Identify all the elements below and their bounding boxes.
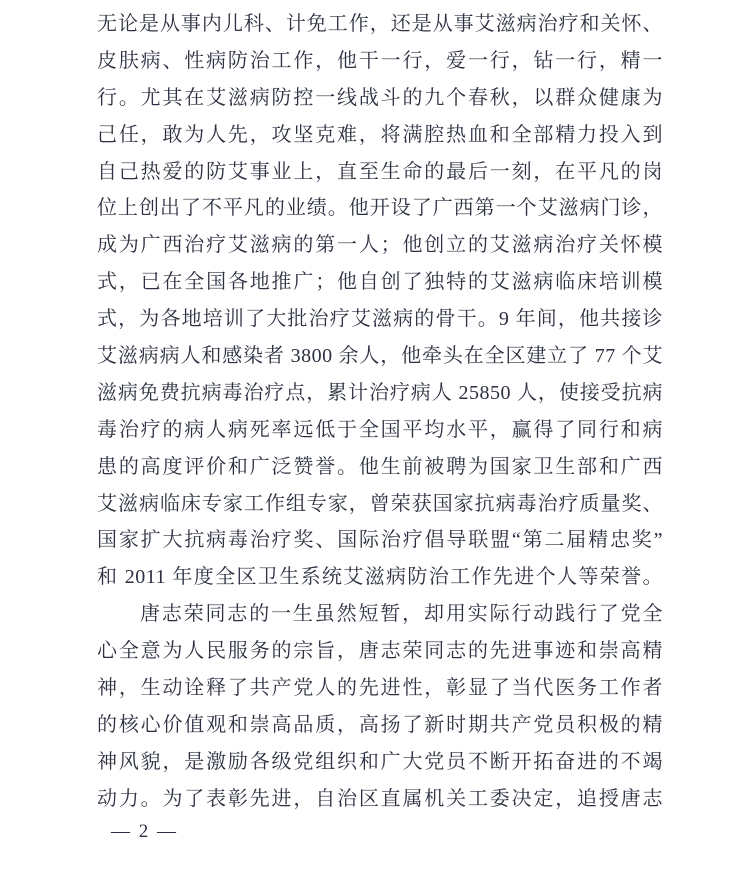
text-line: 艾滋病临床专家工作组专家，曾荣获国家抗病毒治疗质量奖、 [97, 486, 663, 523]
text-line: 自己热爱的防艾事业上，直至生命的最后一刻，在平凡的岗 [97, 154, 663, 191]
page-number: — 2 — [111, 818, 178, 846]
text-line: 和 2011 年度全区卫生系统艾滋病防治工作先进个人等荣誉。 [97, 559, 663, 596]
text-line: 神，生动诠释了共产党人的先进性，彰显了当代医务工作者 [97, 670, 663, 707]
text-line: 动力。为了表彰先进，自治区直属机关工委决定，追授唐志 [97, 781, 663, 818]
text-line: 己任，敢为人先，攻坚克难，将满腔热血和全部精力投入到 [97, 117, 663, 154]
text-line: 式，已在全国各地推广；他自创了独特的艾滋病临床培训模 [97, 264, 663, 301]
text-line: 行。尤其在艾滋病防控一线战斗的九个春秋，以群众健康为 [97, 80, 663, 117]
text-line: 国家扩大抗病毒治疗奖、国际治疗倡导联盟“第二届精忠奖” [97, 522, 663, 559]
text-line: 艾滋病病人和感染者 3800 余人，他牵头在全区建立了 77 个艾 [97, 338, 663, 375]
text-line: 成为广西治疗艾滋病的第一人；他创立的艾滋病治疗关怀模 [97, 227, 663, 264]
text-line: 位上创出了不平凡的业绩。他开设了广西第一个艾滋病门诊， [97, 190, 663, 227]
text-line: 毒治疗的病人病死率远低于全国平均水平，赢得了同行和病 [97, 412, 663, 449]
text-line: 神风貌，是激励各级党组织和广大党员不断开拓奋进的不竭 [97, 744, 663, 781]
text-line: 心全意为人民服务的宗旨，唐志荣同志的先进事迹和崇高精 [97, 633, 663, 670]
text-line: 无论是从事内儿科、计免工作，还是从事艾滋病治疗和关怀、 [97, 6, 663, 43]
text-line: 皮肤病、性病防治工作，他干一行，爱一行，钻一行，精一 [97, 43, 663, 80]
paragraph-start-line: 唐志荣同志的一生虽然短暂，却用实际行动践行了党全 [97, 596, 663, 633]
document-page: 无论是从事内儿科、计免工作，还是从事艾滋病治疗和关怀、 皮肤病、性病防治工作，他… [0, 0, 750, 873]
text-line: 患的高度评价和广泛赞誉。他生前被聘为国家卫生部和广西 [97, 449, 663, 486]
text-line: 的核心价值观和崇高品质，高扬了新时期共产党员积极的精 [97, 707, 663, 744]
text-line: 滋病免费抗病毒治疗点，累计治疗病人 25850 人，使接受抗病 [97, 375, 663, 412]
text-line: 式，为各地培训了大批治疗艾滋病的骨干。9 年间，他共接诊 [97, 301, 663, 338]
document-body: 无论是从事内儿科、计免工作，还是从事艾滋病治疗和关怀、 皮肤病、性病防治工作，他… [97, 6, 663, 818]
